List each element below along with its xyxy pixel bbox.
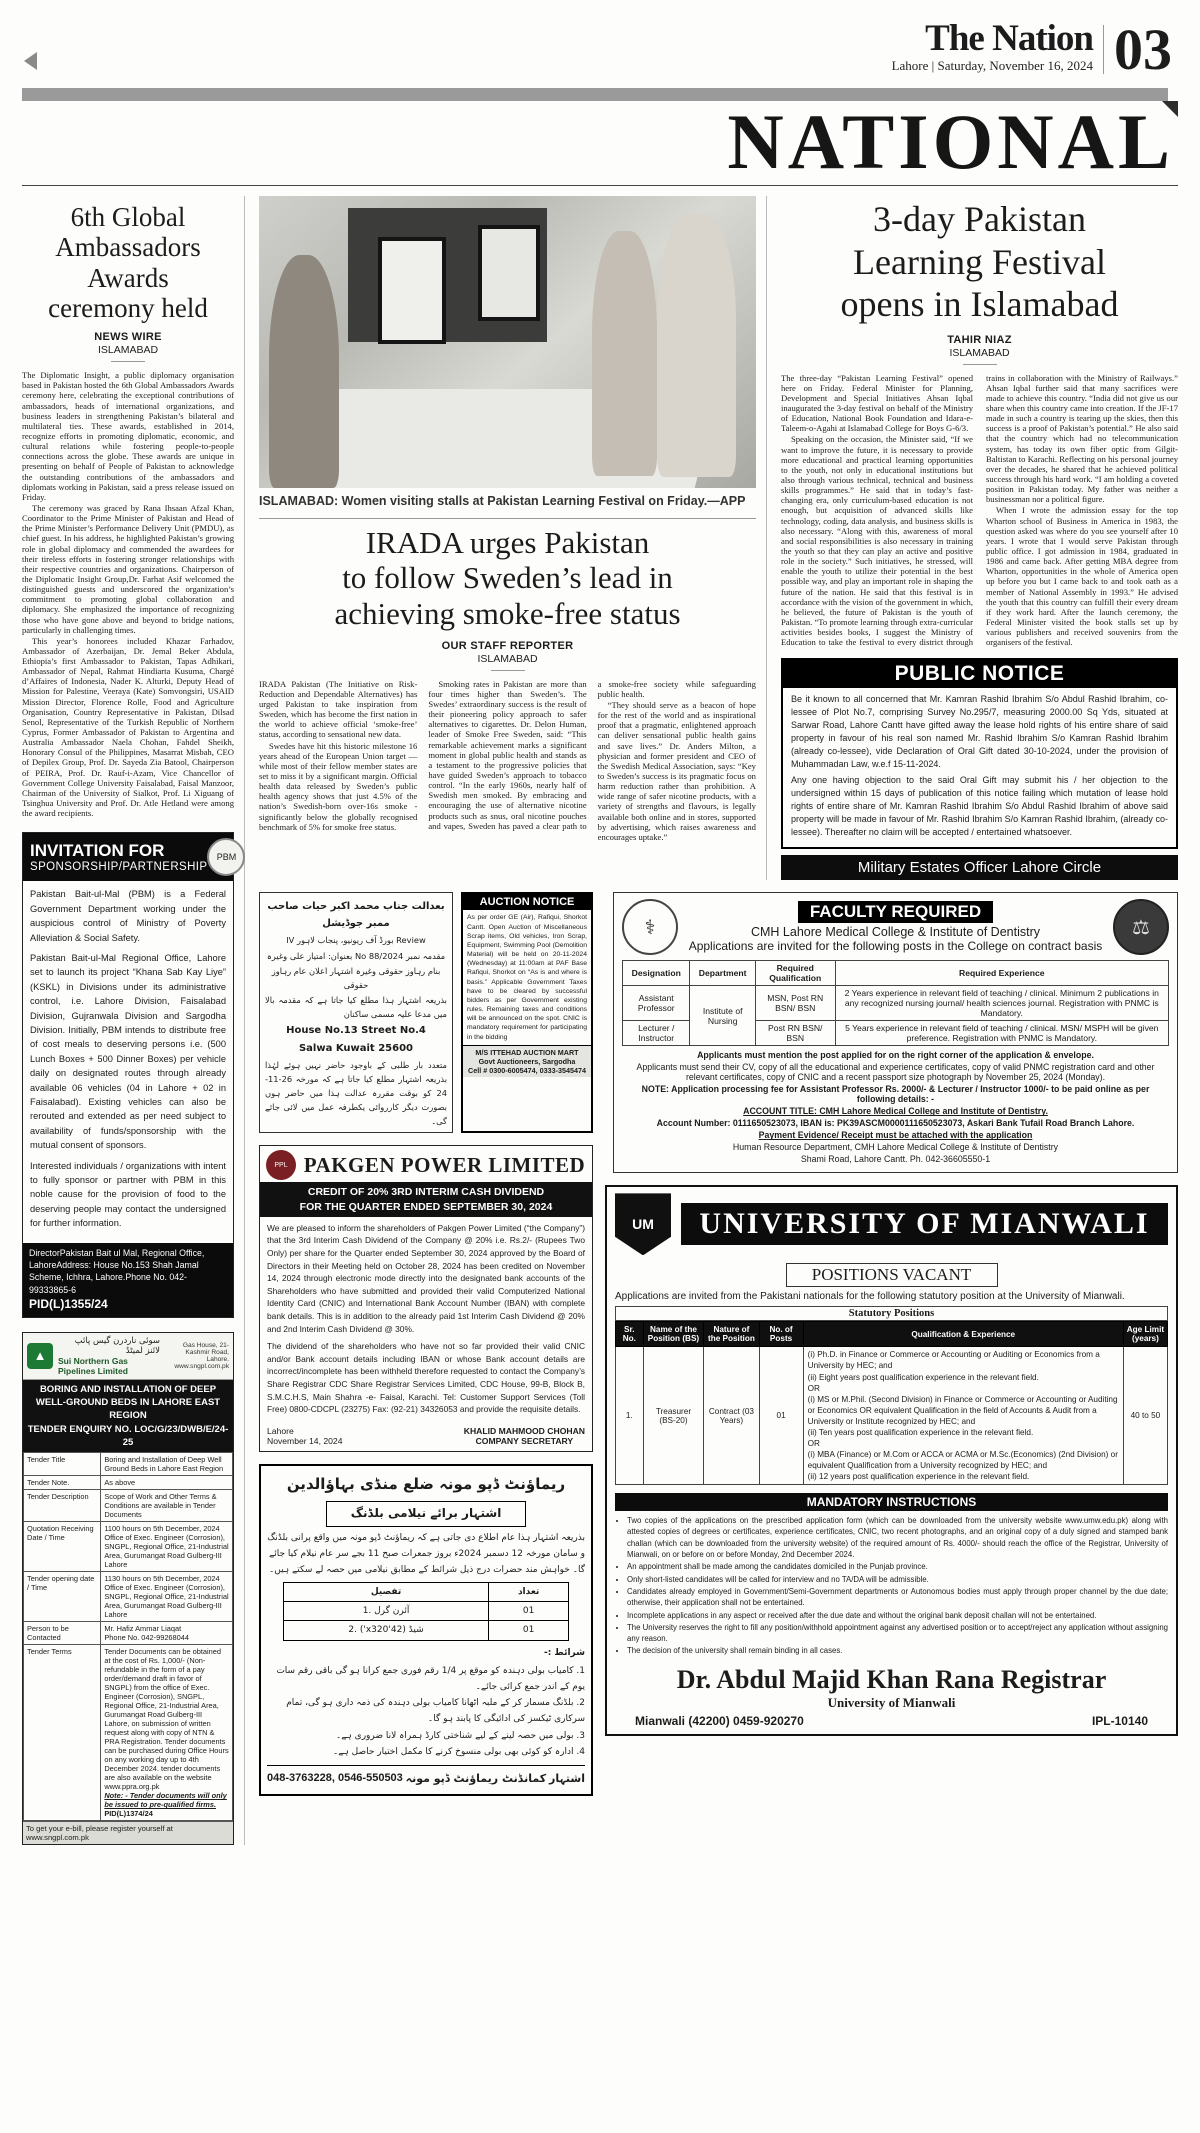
article-headline: 3-day Pakistan Learning Festival opens i… xyxy=(781,198,1178,325)
paragraph: Pakistan Bait-ul-Mal (PBM) is a Federal … xyxy=(30,887,226,945)
designation-cell: Lecturer / Instructor xyxy=(623,1021,690,1046)
col-header: Department xyxy=(690,961,755,986)
paragraph: The three-day “Pakistan Learning Festiva… xyxy=(781,373,973,434)
pbm-ad-title: INVITATION FOR xyxy=(30,842,207,861)
row-label: Tender opening date / Time xyxy=(24,1572,101,1622)
item-name: شیڈ (42'x320') .2 xyxy=(283,1621,488,1640)
pakgen-notice-bar: CREDIT OF 20% 3RD INTERIM CASH DIVIDEND … xyxy=(260,1182,592,1216)
cmh-seal-logo-icon: ⚖ xyxy=(1113,899,1169,955)
term-item: 2. بلڈنگ مسمار کر کے ملبہ اٹھانا کامیاب … xyxy=(267,1695,585,1727)
paragraph: The ceremony was graced by Rana Ihsaan A… xyxy=(22,503,234,635)
designation-cell: Assistant Professor xyxy=(623,986,690,1021)
remount-body: بذریعہ اشتہار ہذا عام اطلاع دی جاتی ہے ک… xyxy=(267,1530,585,1579)
page-corner-arrow-icon xyxy=(24,52,37,70)
row-value: Tender Documents can be obtained at the … xyxy=(101,1645,233,1821)
auction-footer: M/S ITTEHAD AUCTION MART Govt Auctioneer… xyxy=(463,1045,591,1077)
photo-picture-frame xyxy=(478,225,541,321)
remount-phones: 048-3763228, 0546-550503 xyxy=(267,1769,403,1789)
col-header: Sr. No. xyxy=(616,1322,644,1347)
address-line: Shami Road, Lahore Cantt. Ph. 042-366055… xyxy=(622,1154,1169,1164)
table-row: Quotation Receiving Date / Time1100 hour… xyxy=(24,1522,233,1572)
right-rail: ⚕ FACULTY REQUIRED CMH Lahore Medical Co… xyxy=(605,892,1178,1795)
account-title-line: ACCOUNT TITLE: CMH Lahore Medical Colleg… xyxy=(622,1106,1169,1116)
experience-cell: 5 Years experience in relevant field of … xyxy=(835,1021,1168,1046)
paragraph: Be it known to all concerned that Mr. Ka… xyxy=(791,693,1168,771)
fold-triangle-icon xyxy=(1162,101,1178,117)
note-line: NOTE: Application processing fee for Ass… xyxy=(622,1084,1169,1104)
public-notice-title: PUBLIC NOTICE xyxy=(783,660,1176,688)
term-item: 1. کامیاب بولی دہندہ کو موقع پر 1/4 رقم … xyxy=(267,1663,585,1695)
page-header: The Nation Lahore | Saturday, November 1… xyxy=(22,8,1178,186)
paragraph: Pakistan Bait-ul-Mal Regional Office, La… xyxy=(30,951,226,1153)
qualification-cell: (i) Ph.D. in Finance or Commerce or Acco… xyxy=(803,1347,1123,1485)
court-address-line: 25600 Salwa Kuwait xyxy=(265,1040,447,1057)
row-value: Boring and Installation of Deep Well Gro… xyxy=(101,1453,233,1476)
term-item: 3. بولی میں حصہ لینے کے لیے شناختی کارڈ … xyxy=(267,1728,585,1744)
paragraph: “They should serve as a beacon of hope f… xyxy=(598,700,756,842)
paragraph: Interested individuals / organizations w… xyxy=(30,1159,226,1231)
posts-cell: 01 xyxy=(759,1347,803,1485)
table-row: Tender TitleBoring and Installation of D… xyxy=(24,1453,233,1476)
remount-terms-list: 1. کامیاب بولی دہندہ کو موقع پر 1/4 رقم … xyxy=(267,1663,585,1760)
article-ambassadors-awards: 6th Global Ambassadors Awards ceremony h… xyxy=(22,202,234,818)
instruction-item: Candidates already employed in Governmen… xyxy=(627,1586,1168,1609)
tender-title: BORING AND INSTALLATION OF DEEP WELL-GRO… xyxy=(25,1383,231,1423)
auction-title: AUCTION NOTICE xyxy=(463,894,591,910)
auction-notice-ad: AUCTION NOTICE As per order GE (Air), Ra… xyxy=(461,892,593,1133)
secretary-name: KHALID MAHMOOD CHOHAN xyxy=(464,1426,585,1436)
section-title: NATIONAL xyxy=(22,101,1178,183)
auctioneer-cell: Cell # 0300-6005474, 0333-3545474 xyxy=(465,1066,589,1075)
instruction-item: Two copies of the applications on the pr… xyxy=(627,1515,1168,1560)
page-number: 03 xyxy=(1103,25,1172,74)
photo-person xyxy=(269,255,339,489)
uom-intro-line: Applications are invited from the Pakist… xyxy=(615,1291,1168,1302)
uom-phone: Mianwali (42200) 0459-920270 xyxy=(635,1714,804,1728)
uom-ipl-code: IPL-10140 xyxy=(1092,1714,1148,1728)
faculty-notes: Applicants must mention the post applied… xyxy=(622,1050,1169,1164)
uom-crest-icon: UM xyxy=(615,1193,671,1255)
sngpl-urdu-name: سوئی ناردرن گیس پائپ لائنز لمیٹڈ xyxy=(58,1336,160,1356)
masthead: The Nation Lahore | Saturday, November 1… xyxy=(892,22,1093,74)
note-line: Applicants must send their CV, copy of a… xyxy=(622,1062,1169,1082)
university-of-mianwali-ad: UM UNIVERSITY OF MIANWALI POSITIONS VACA… xyxy=(605,1185,1178,1735)
note-line: Applicants must mention the post applied… xyxy=(622,1050,1169,1060)
qualification-cell: MSN, Post RN BSN/ BSN xyxy=(755,986,835,1021)
public-notice-body: Be it known to all concerned that Mr. Ka… xyxy=(783,688,1176,848)
faculty-required-title: FACULTY REQUIRED xyxy=(798,901,993,923)
remount-title: ریماؤنٹ ڈپو مونہ ضلع منڈی بہاؤالدین xyxy=(267,1471,585,1498)
left-rail: 6th Global Ambassadors Awards ceremony h… xyxy=(22,196,245,1845)
paragraph: IRADA Pakistan (The Initiative on Risk-R… xyxy=(259,679,417,740)
photo-person xyxy=(657,214,737,477)
col-header: No. of Posts xyxy=(759,1322,803,1347)
divider-rule xyxy=(259,518,756,519)
dateline: ISLAMABAD xyxy=(259,653,756,665)
tender-terms-text: Tender Documents can be obtained at the … xyxy=(104,1647,228,1791)
instruction-item: Only short-listed candidates will be cal… xyxy=(627,1574,1168,1585)
tender-table: Tender TitleBoring and Installation of D… xyxy=(23,1452,233,1821)
positions-table: Sr. No. Name of the Position (BS) Nature… xyxy=(615,1321,1168,1485)
pbm-pid: PID(L)1355/24 xyxy=(29,1296,227,1313)
pbm-contact: DirectorPakistan Bait ul Mal, Regional O… xyxy=(29,1248,204,1295)
college-name: CMH Lahore Medical College & Institute o… xyxy=(686,925,1105,939)
uom-name: UNIVERSITY OF MIANWALI xyxy=(681,1203,1168,1245)
pbm-ad-subtitle: SPONSORSHIP/PARTNERSHIP xyxy=(30,861,207,873)
tender-note: Note: - Tender documents will only be is… xyxy=(104,1791,227,1809)
instruction-item: Incomplete applications in any aspect or… xyxy=(627,1610,1168,1621)
mandatory-instructions-list: Two copies of the applications on the pr… xyxy=(615,1515,1168,1657)
instruction-item: The University reserves the right to fil… xyxy=(627,1622,1168,1645)
auctioneer-name: M/S ITTEHAD AUCTION MART xyxy=(465,1048,589,1057)
pakgen-company-name: PAKGEN POWER LIMITED xyxy=(303,1153,586,1178)
row-label: Quotation Receiving Date / Time xyxy=(24,1522,101,1572)
festival-stalls-photo xyxy=(259,196,756,488)
col-header: تفصیل xyxy=(283,1583,488,1602)
article-body: IRADA Pakistan (The Initiative on Risk-R… xyxy=(259,679,756,842)
col-header: Age Limit (years) xyxy=(1123,1322,1167,1347)
sngpl-ebill-strip: To get your e-bill, please register your… xyxy=(23,1821,233,1844)
urdu-court-notice-ad: بعدالت جناب محمد اکبر حیات صاحب ممبر جوڈ… xyxy=(259,892,453,1133)
remount-terms-title: شرائط :- xyxy=(267,1645,585,1661)
sngpl-address: Gas House, 21-Kashmir Road, Lahore. www.… xyxy=(165,1342,229,1370)
col-header: تعداد xyxy=(489,1583,569,1602)
sngpl-flame-logo-icon: ▲ xyxy=(27,1343,53,1369)
photo-picture-frame xyxy=(378,237,446,344)
pbm-ad-footer: DirectorPakistan Bait ul Mal, Regional O… xyxy=(23,1243,233,1317)
registrar-name: Dr. Abdul Majid Khan Rana Registrar xyxy=(615,1665,1168,1695)
qualification-cell: Post RN BSN/ BSN xyxy=(755,1021,835,1046)
edition-dateline: Lahore | Saturday, November 16, 2024 xyxy=(892,58,1093,74)
byline-rule xyxy=(963,364,997,365)
court-line: بذریعہ اشتہار ہذا مطلع کیا جاتا ہے کہ مق… xyxy=(265,993,447,1021)
nature-cell: Contract (03 Years) xyxy=(704,1347,759,1485)
byline: NEWS WIRE xyxy=(22,331,234,343)
paragraph: Swedes have hit this historic milestone … xyxy=(259,741,417,832)
newspaper-page: The Nation Lahore | Saturday, November 1… xyxy=(0,0,1200,2133)
paragraph: We are pleased to inform the shareholder… xyxy=(267,1222,585,1335)
row-label: Person to be Contacted xyxy=(24,1622,101,1645)
cmh-caduceus-logo-icon: ⚕ xyxy=(622,899,678,955)
sr-cell: 1. xyxy=(616,1347,644,1485)
remount-items-table: تعداد تفصیل 01 آئرن گرل .1 01 شیڈ (42'x3… xyxy=(283,1582,569,1641)
remount-signer: کمانڈنٹ ریماؤنٹ ڈپو مونہ xyxy=(406,1769,546,1789)
experience-cell: 2 Years experience in relevant field of … xyxy=(835,986,1168,1021)
hr-dept-line: Human Resource Department, CMH Lahore Me… xyxy=(622,1142,1169,1152)
row-label: Tender Description xyxy=(24,1490,101,1522)
item-qty: 01 xyxy=(489,1621,569,1640)
pakgen-body: We are pleased to inform the shareholder… xyxy=(260,1217,592,1426)
article-headline: IRADA urges Pakistan to follow Sweden’s … xyxy=(259,525,756,632)
military-estates-signature-bar: Military Estates Officer Lahore Circle xyxy=(781,855,1178,880)
tender-enquiry-no: TENDER ENQUIRY NO. LOC/G/23/DWB/E/24-25 xyxy=(25,1423,231,1450)
photo-caption: ISLAMABAD: Women visiting stalls at Paki… xyxy=(259,494,756,510)
positions-vacant-title: POSITIONS VACANT xyxy=(786,1263,998,1287)
table-row: Tender opening date / Time1130 hours on … xyxy=(24,1572,233,1622)
remount-tag: اشتہار xyxy=(549,1769,585,1789)
remount-depot-auction-ad: ریماؤنٹ ڈپو مونہ ضلع منڈی بہاؤالدین اشتہ… xyxy=(259,1464,593,1796)
table-row: Person to be ContactedMr. Hafiz Ammar Li… xyxy=(24,1622,233,1645)
sngpl-pid: PID(L)1374/24 xyxy=(104,1809,152,1818)
table-row: Assistant Professor Institute of Nursing… xyxy=(623,986,1169,1021)
pakgen-bar-line1: CREDIT OF 20% 3RD INTERIM CASH DIVIDEND xyxy=(262,1185,590,1199)
main-area: ISLAMABAD: Women visiting stalls at Paki… xyxy=(259,196,1178,1845)
item-qty: 01 xyxy=(489,1602,569,1621)
byline-rule xyxy=(491,670,525,671)
court-address-line: House No.13 Street No.4 xyxy=(265,1022,447,1039)
byline-rule xyxy=(111,361,145,362)
article-body: The Diplomatic Insight, a public diploma… xyxy=(22,370,234,818)
table-header-row: Designation Department Required Qualific… xyxy=(623,961,1169,986)
learning-festival-block: 3-day Pakistan Learning Festival opens i… xyxy=(781,196,1178,880)
table-row: Tender Terms Tender Documents can be obt… xyxy=(24,1645,233,1821)
col-header: Name of the Position (BS) xyxy=(643,1322,704,1347)
pakgen-footer: Lahore November 14, 2024 KHALID MAHMOOD … xyxy=(260,1426,592,1451)
col-header: Required Experience xyxy=(835,961,1168,986)
article-irada-smoke-free: IRADA urges Pakistan to follow Sweden’s … xyxy=(259,525,756,842)
court-line: Review بورڈ آف ریونیو، پنجاب لاہور IV xyxy=(265,933,447,947)
account-number-line: Account Number: 0111650523073, IBAN is: … xyxy=(622,1118,1169,1128)
remount-subtitle: اشتہار برائے نیلامی بلڈنگ xyxy=(326,1501,527,1527)
row-label: Tender Title xyxy=(24,1453,101,1476)
article-learning-festival: 3-day Pakistan Learning Festival opens i… xyxy=(781,198,1178,648)
row-value: 1130 hours on 5th December, 2024 Office … xyxy=(101,1572,233,1622)
paragraph: Any one having objection to the said Ora… xyxy=(791,774,1168,839)
table-row: 01 شیڈ (42'x320') .2 xyxy=(283,1621,568,1640)
col-header: Required Qualification xyxy=(755,961,835,986)
pbm-ad-body: Pakistan Bait-ul-Mal (PBM) is a Federal … xyxy=(23,881,233,1242)
paragraph: The Diplomatic Insight, a public diploma… xyxy=(22,370,234,502)
dateline: ISLAMABAD xyxy=(22,344,234,356)
payment-line: Payment Evidence/ Receipt must be attach… xyxy=(622,1130,1169,1140)
court-line: بنام رہاوز حقوقی وغیرہ اشتہار اعلان عام … xyxy=(265,964,447,992)
col-header: Nature of the Position xyxy=(704,1322,759,1347)
court-line: متعدد بار طلبی کے باوجود حاضر نہیں ہوئے … xyxy=(265,1058,447,1128)
paragraph: This year’s honorees included Khazar Far… xyxy=(22,636,234,819)
section-rule xyxy=(22,185,1178,186)
table-header-row: Sr. No. Name of the Position (BS) Nature… xyxy=(616,1322,1168,1347)
position-cell: Treasurer (BS-20) xyxy=(643,1347,704,1485)
article-body: The three-day “Pakistan Learning Festiva… xyxy=(781,373,1178,648)
pbm-ad-header: INVITATION FOR SPONSORSHIP/PARTNERSHIP P… xyxy=(23,833,233,881)
pakgen-bar-line2: FOR THE QUARTER ENDED SEPTEMBER 30, 2024 xyxy=(262,1200,590,1214)
row-value: 1100 hours on 5th December, 2024 Office … xyxy=(101,1522,233,1572)
byline: OUR STAFF REPORTER xyxy=(259,640,756,652)
pakgen-logo-icon: PPL xyxy=(266,1150,296,1180)
pakgen-dividend-notice: PPL PAKGEN POWER LIMITED CREDIT OF 20% 3… xyxy=(259,1145,593,1451)
court-line: مقدمہ نمبر No 88/2024 بعنوان: امتیاز علی… xyxy=(265,949,447,963)
paragraph: The dividend of the shareholders who hav… xyxy=(267,1340,585,1416)
term-item: 4. ادارہ کو کوئی بھی بولی منسوخ کرنے کا … xyxy=(267,1744,585,1760)
item-name: آئرن گرل .1 xyxy=(283,1602,488,1621)
pbm-logo-icon: PBM xyxy=(207,838,245,876)
table-row: 01 آئرن گرل .1 xyxy=(283,1602,568,1621)
col-header: Designation xyxy=(623,961,690,986)
row-value: Scope of Work and Other Terms & Conditio… xyxy=(101,1490,233,1522)
row-label: Tender Note. xyxy=(24,1476,101,1490)
department-cell: Institute of Nursing xyxy=(690,986,755,1046)
auctioneer-role: Govt Auctioneers, Sargodha xyxy=(465,1057,589,1066)
secretary-title: COMPANY SECRETARY xyxy=(464,1436,585,1446)
dateline: ISLAMABAD xyxy=(781,347,1178,359)
instruction-item: An appointment shall be made among the c… xyxy=(627,1561,1168,1572)
table-row: Tender DescriptionScope of Work and Othe… xyxy=(24,1490,233,1522)
row-value: Mr. Hafiz Ammar Liaqat Phone No. 042-992… xyxy=(101,1622,233,1645)
statutory-positions-header: Statutory Positions xyxy=(615,1306,1168,1321)
tender-title-bar: BORING AND INSTALLATION OF DEEP WELL-GRO… xyxy=(23,1380,233,1452)
court-title: بعدالت جناب محمد اکبر حیات صاحب ممبر جوڈ… xyxy=(265,898,447,932)
article-headline: 6th Global Ambassadors Awards ceremony h… xyxy=(22,202,234,323)
row-value: As above xyxy=(101,1476,233,1490)
table-row: Tender Note.As above xyxy=(24,1476,233,1490)
application-invite-line: Applications are invited for the followi… xyxy=(686,939,1105,953)
pbm-sponsorship-ad: INVITATION FOR SPONSORSHIP/PARTNERSHIP P… xyxy=(22,832,234,1317)
remount-footer: 048-3763228, 0546-550503 کمانڈنٹ ریماؤنٹ… xyxy=(267,1765,585,1789)
auction-body: As per order GE (Air), Rafiqui, Shorkot … xyxy=(463,910,591,1044)
table-row: 1. Treasurer (BS-20) Contract (03 Years)… xyxy=(616,1347,1168,1485)
paragraph: When I wrote the admission essay for the… xyxy=(986,505,1178,647)
newspaper-title: The Nation xyxy=(892,22,1093,55)
col-header: Qualification & Experience xyxy=(803,1322,1123,1347)
age-cell: 40 to 50 xyxy=(1123,1347,1167,1485)
middle-rail: بعدالت جناب محمد اکبر حیات صاحب ممبر جوڈ… xyxy=(259,892,593,1795)
photo-person xyxy=(592,231,657,476)
row-label: Tender Terms xyxy=(24,1645,101,1821)
header-rule-bar xyxy=(22,88,1168,101)
sngpl-english-name: Sui Northern Gas Pipelines Limited xyxy=(58,1356,160,1376)
table-row: تعداد تفصیل xyxy=(283,1583,568,1602)
cmh-faculty-required-ad: ⚕ FACULTY REQUIRED CMH Lahore Medical Co… xyxy=(613,892,1178,1173)
pakgen-date: November 14, 2024 xyxy=(267,1436,342,1446)
registrar-org: University of Mianwali xyxy=(615,1695,1168,1711)
pakgen-place: Lahore xyxy=(267,1426,342,1436)
sngpl-header: ▲ سوئی ناردرن گیس پائپ لائنز لمیٹڈ Sui N… xyxy=(23,1333,233,1380)
photo-irada-block: ISLAMABAD: Women visiting stalls at Paki… xyxy=(259,196,767,880)
instruction-item: The decision of the university shall rem… xyxy=(627,1645,1168,1656)
public-notice: PUBLIC NOTICE Be it known to all concern… xyxy=(781,658,1178,850)
mandatory-instructions-title: MANDATORY INSTRUCTIONS xyxy=(615,1493,1168,1511)
faculty-table: Designation Department Required Qualific… xyxy=(622,960,1169,1046)
sngpl-tender-ad: ▲ سوئی ناردرن گیس پائپ لائنز لمیٹڈ Sui N… xyxy=(22,1332,234,1845)
byline: TAHIR NIAZ xyxy=(781,334,1178,346)
